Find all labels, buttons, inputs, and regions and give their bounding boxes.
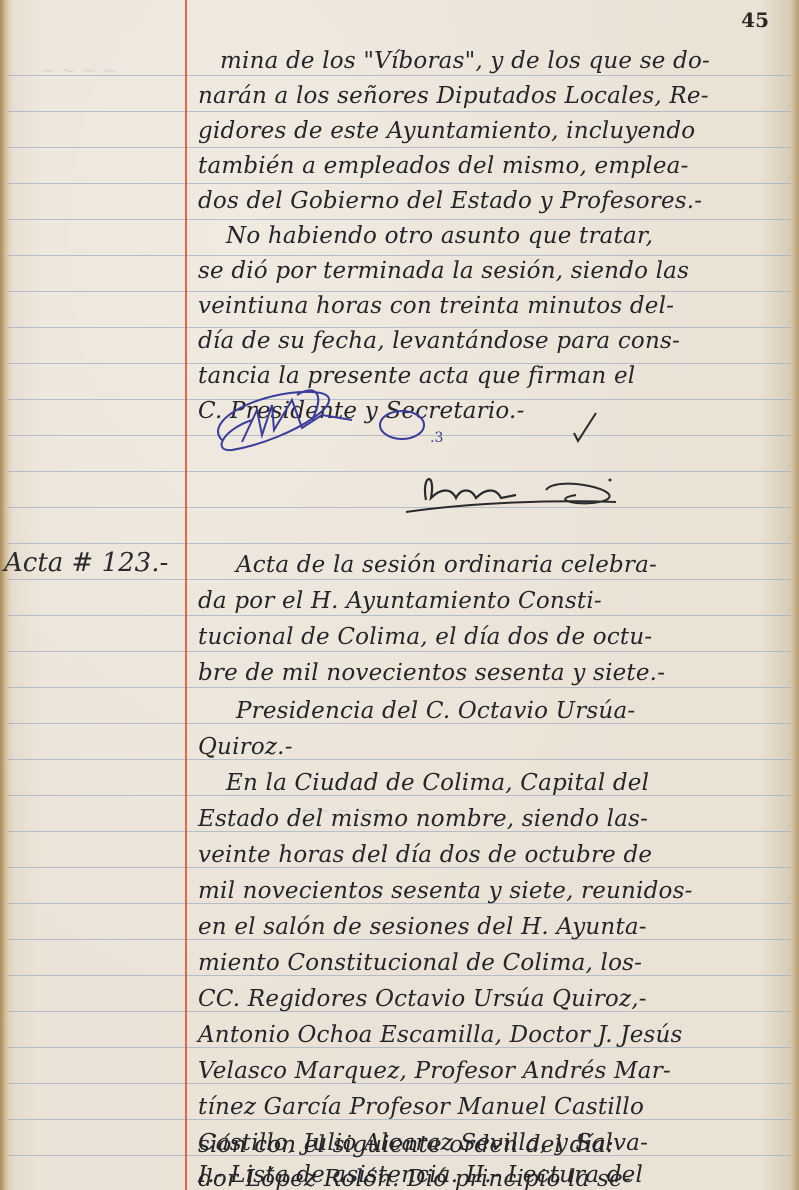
signature-block: .3 — [196, 380, 756, 520]
text-line: día de su fecha, levantándose para cons- — [198, 326, 680, 356]
rule-line — [8, 759, 791, 760]
text-line: I.- Lista de asistencia. II.- Lectura de… — [198, 1160, 643, 1190]
text-line: CC. Regidores Octavio Ursúa Quiroz,- — [198, 984, 647, 1014]
text-line: Antonio Ochoa Escamilla, Doctor J. Jesús — [198, 1020, 683, 1050]
text-line: Presidencia del C. Octavio Ursúa- — [236, 696, 635, 726]
text-line: Estado del mismo nombre, siendo las- — [198, 804, 648, 834]
text-line: tucional de Colima, el día dos de octu- — [198, 622, 652, 652]
red-margin-line — [185, 0, 187, 1190]
text-line: Quiroz.- — [198, 732, 293, 762]
text-line: dos del Gobierno del Estado y Profesores… — [198, 186, 702, 216]
text-line: veintiuna horas con treinta minutos del- — [198, 291, 674, 321]
rule-line — [8, 147, 791, 148]
text-line: veinte horas del día dos de octubre de — [198, 840, 652, 870]
text-line: gidores de este Ayuntamiento, incluyendo — [198, 116, 695, 146]
text-line: sión con el siguiente orden del día: — [198, 1130, 614, 1160]
text-line: también a empleados del mismo, emplea- — [198, 151, 689, 181]
text-line: se dió por terminada la sesión, siendo l… — [198, 256, 689, 286]
ledger-page: ~ ~ ~ ~ ~~ ~ ~~ 45 Acta # 123.- mina de … — [0, 0, 799, 1190]
text-line: En la Ciudad de Colima, Capital del — [226, 768, 649, 798]
president-signature-icon: .3 — [202, 380, 462, 460]
bleed-through-text: ~ ~ ~ ~ — [40, 60, 118, 81]
page-number: 45 — [741, 8, 769, 32]
text-line: en el salón de sesiones del H. Ayunta- — [198, 912, 647, 942]
text-line: mina de los "Víboras", y de los que se d… — [220, 46, 710, 76]
rule-line — [8, 111, 791, 112]
text-line: No habiendo otro asunto que tratar, — [226, 221, 653, 251]
secretary-signature-icon — [396, 460, 656, 520]
text-line: tínez García Profesor Manuel Castillo — [198, 1092, 644, 1122]
acta-number-margin-note: Acta # 123.- — [4, 548, 180, 578]
text-line: bre de mil novecientos sesenta y siete.- — [198, 658, 665, 688]
text-line: da por el H. Ayuntamiento Consti- — [198, 586, 602, 616]
rule-line — [8, 219, 791, 220]
rule-line — [8, 543, 791, 544]
text-line: narán a los señores Diputados Locales, R… — [198, 81, 709, 111]
text-line: miento Constitucional de Colima, los- — [198, 948, 642, 978]
text-line: Velasco Marquez, Profesor Andrés Mar- — [198, 1056, 671, 1086]
svg-text:.3: .3 — [430, 430, 443, 446]
text-line: Acta de la sesión ordinaria celebra- — [236, 550, 657, 580]
text-line: mil novecientos sesenta y siete, reunido… — [198, 876, 693, 906]
check-mark-icon — [566, 405, 606, 445]
rule-line — [8, 183, 791, 184]
